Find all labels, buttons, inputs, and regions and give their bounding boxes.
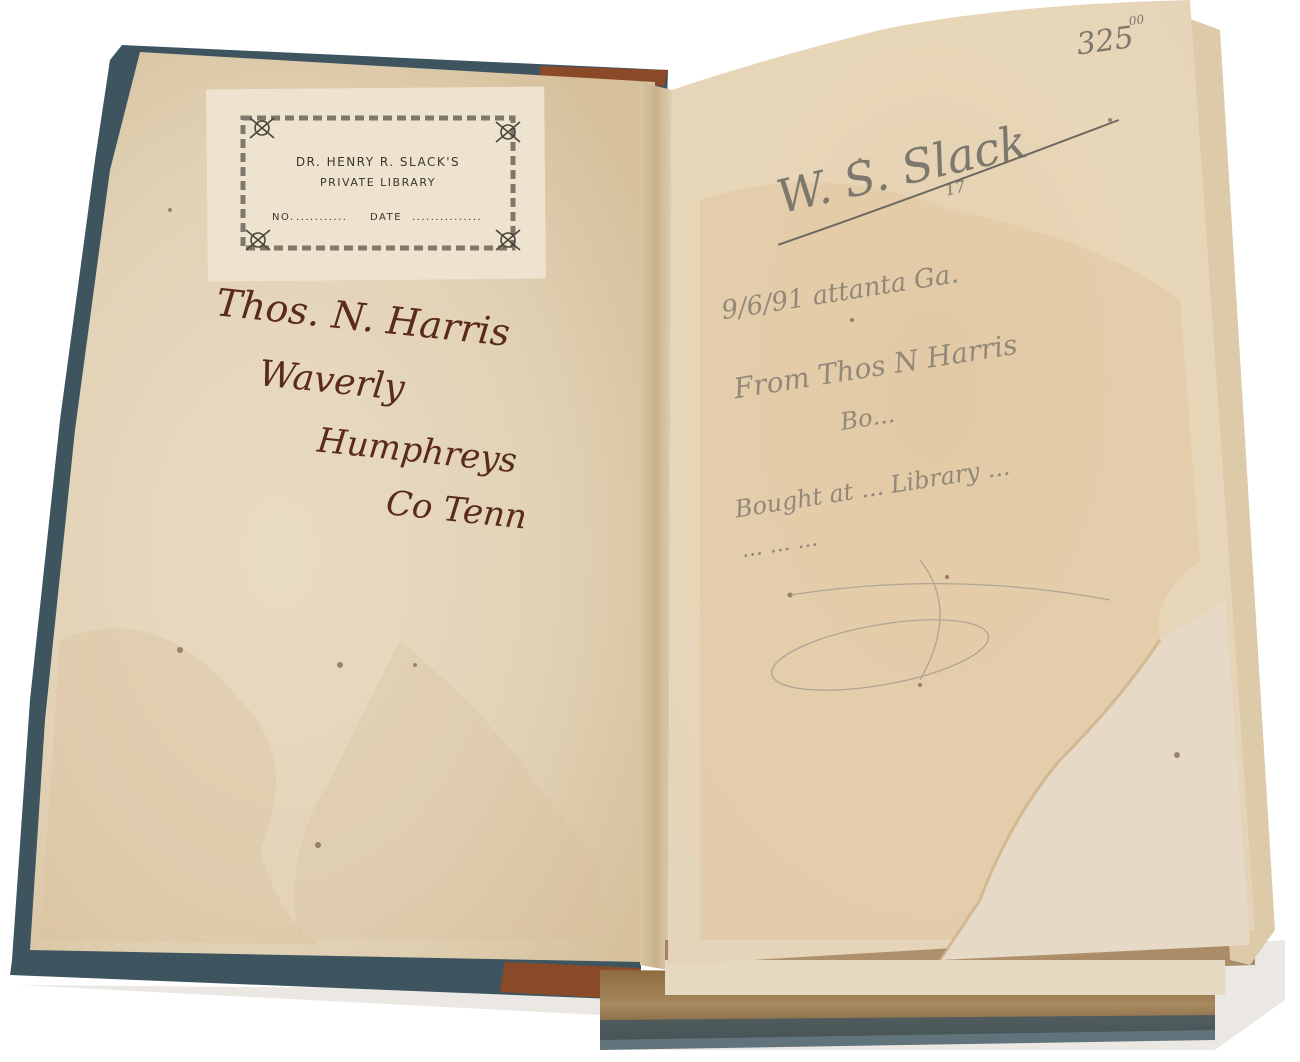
bookplate-no-dots: ...........: [296, 212, 347, 223]
bookplate-no-label: NO.: [272, 212, 295, 223]
bookplate-date-label: DATE: [370, 212, 402, 223]
bookplate: DR. HENRY R. SLACK'S PRIVATE LIBRARY NO.…: [206, 87, 546, 282]
bookplate-title: PRIVATE LIBRARY: [320, 176, 436, 189]
book-gutter: [640, 82, 672, 970]
book-illustration: DR. HENRY R. SLACK'S PRIVATE LIBRARY NO.…: [0, 0, 1300, 1062]
bookplate-date-dots: ...............: [412, 212, 482, 223]
price-cents: 00: [1128, 12, 1145, 28]
book-photograph: DR. HENRY R. SLACK'S PRIVATE LIBRARY NO.…: [0, 0, 1300, 1062]
bookplate-owner: DR. HENRY R. SLACK'S: [296, 155, 460, 169]
fanned-page-leaf: [665, 960, 1225, 995]
